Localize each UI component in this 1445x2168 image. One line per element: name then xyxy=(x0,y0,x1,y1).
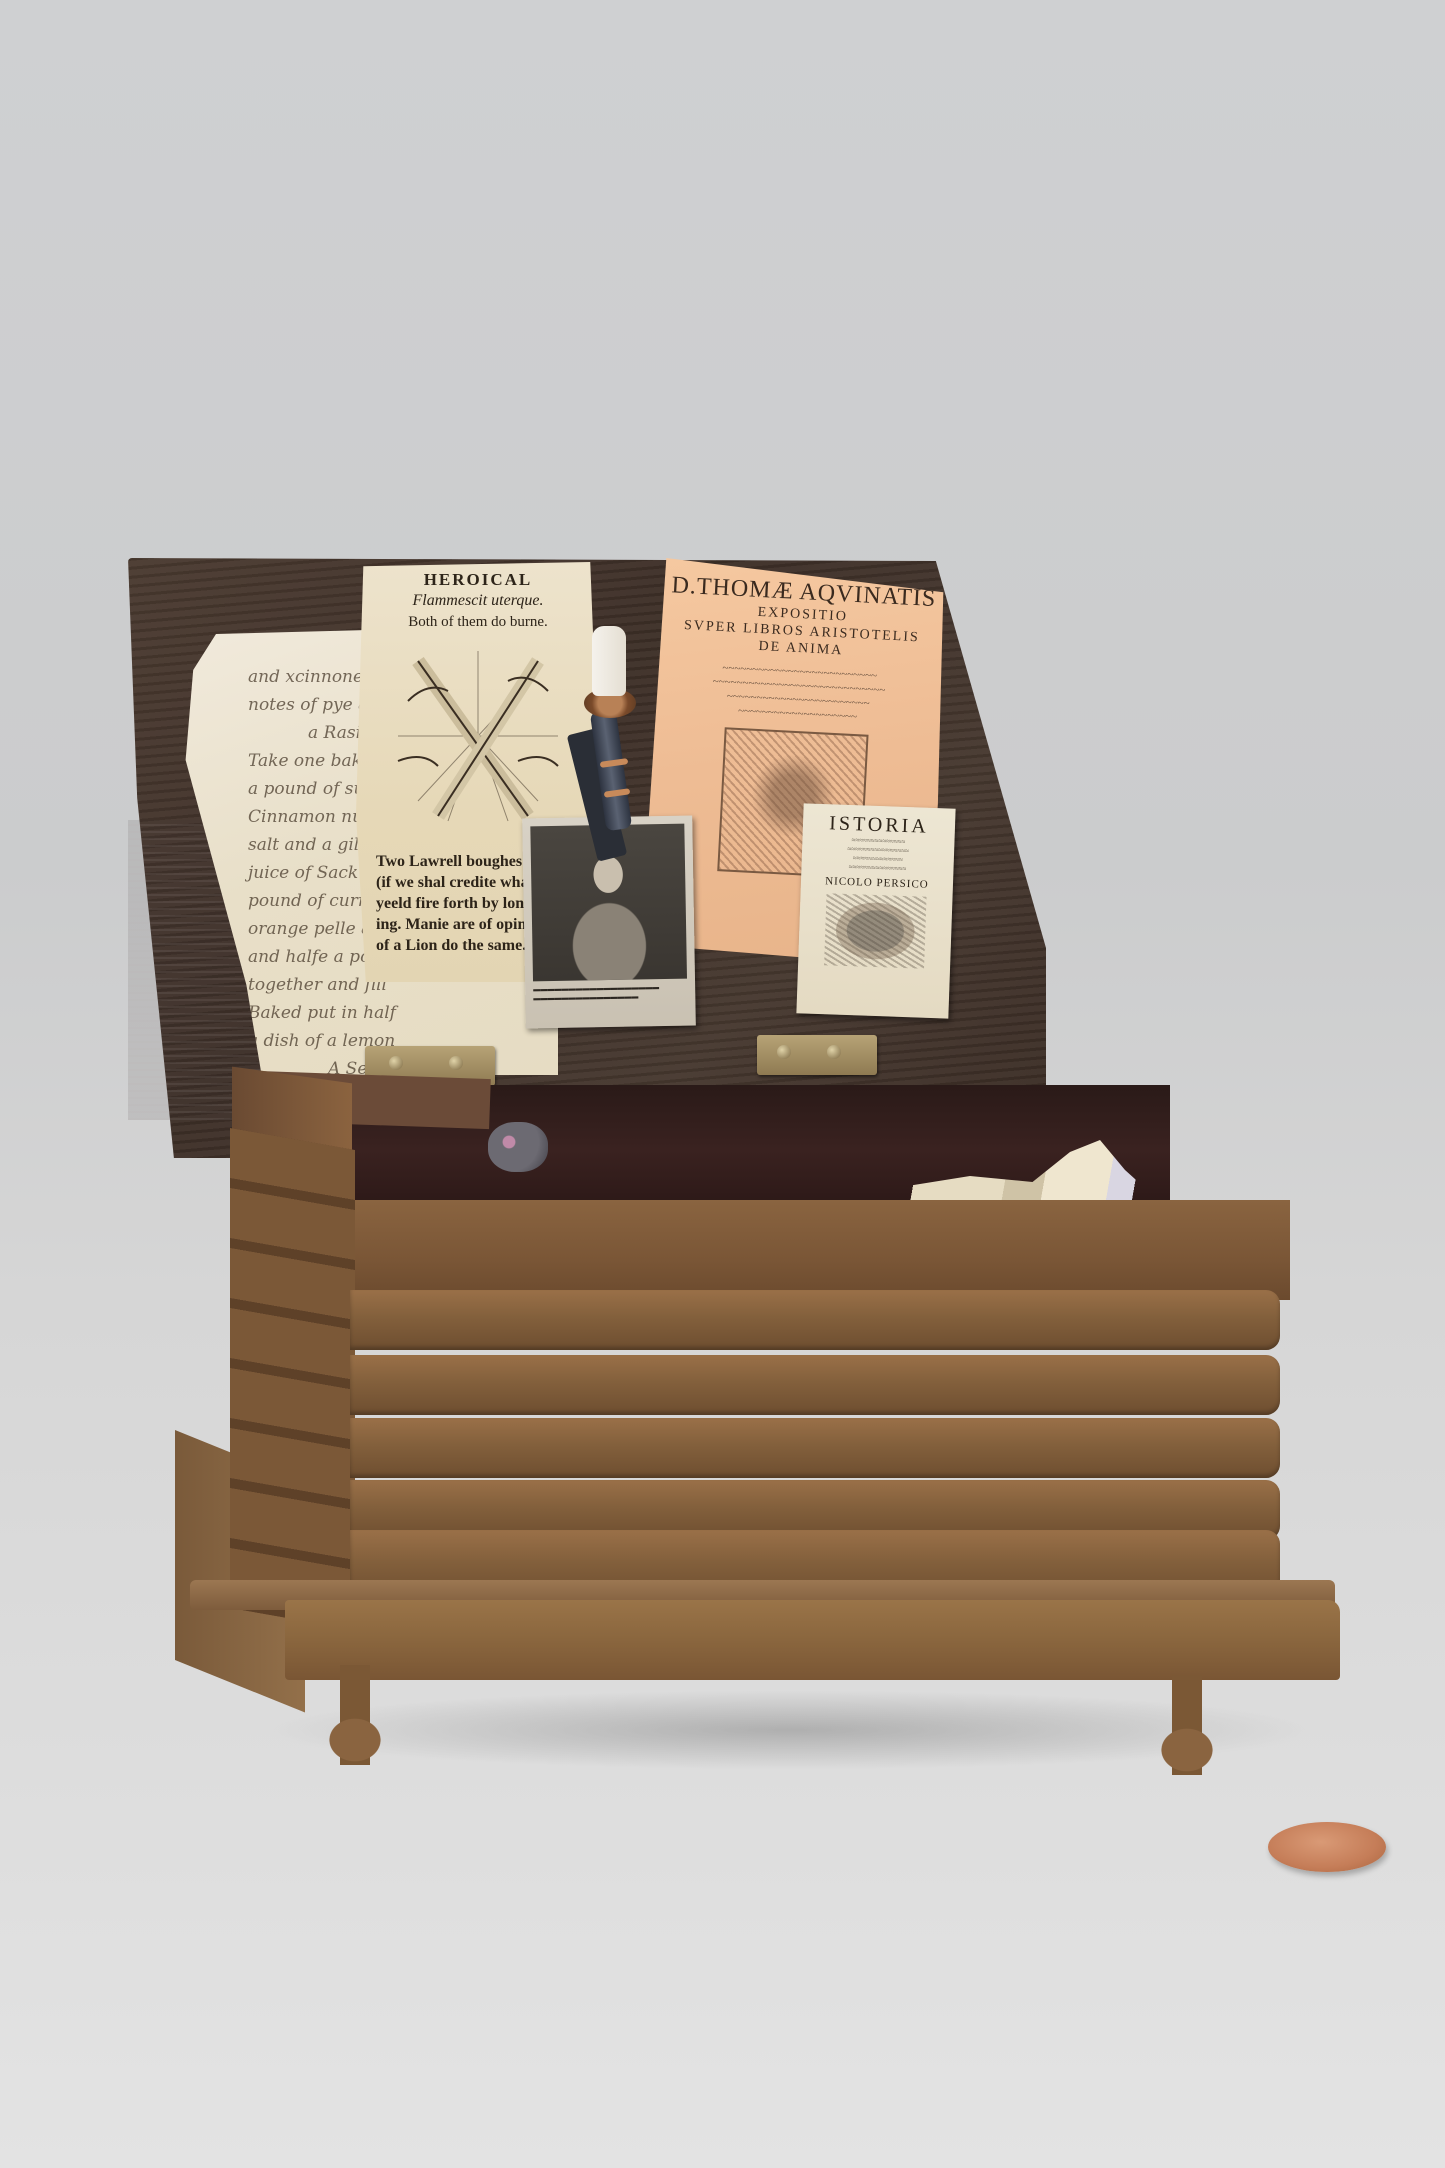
candle-icon xyxy=(592,626,626,696)
penny-coin-icon xyxy=(1268,1822,1386,1872)
box-slat xyxy=(350,1290,1280,1350)
box-front-top-board xyxy=(355,1200,1290,1300)
box-slat xyxy=(350,1418,1280,1478)
aquinas-fine-print: ~~~~~~~~~~~~~~~~~~~~~~~~~~~~~~~~~~~~~~~~… xyxy=(652,658,945,729)
istoria-fine-print: ≈≈≈≈≈≈≈≈≈≈≈≈≈≈≈≈≈≈≈≈≈≈≈≈≈≈≈≈≈≈≈≈≈≈≈≈≈≈≈≈… xyxy=(801,834,954,875)
right-hinge xyxy=(757,1035,877,1075)
box-side-slats xyxy=(230,1128,355,1630)
hinge-screw-icon xyxy=(389,1056,403,1070)
manuscript-line: Baked put in half xyxy=(248,999,558,1027)
heroical-translation: Both of them do burne. xyxy=(356,614,600,631)
laurel-branches-emblem-icon xyxy=(378,641,578,831)
hinge-screw-icon xyxy=(777,1045,791,1059)
heroical-title: HEROICAL xyxy=(356,570,600,590)
box-foot-left xyxy=(318,1665,392,1765)
portrait-caption: ▬▬▬▬▬▬▬▬▬▬▬▬▬▬▬▬▬▬▬▬▬▬▬▬▬▬▬▬▬▬▬▬▬ xyxy=(533,983,687,1004)
box-slat xyxy=(350,1355,1280,1415)
hinge-screw-icon xyxy=(449,1056,463,1070)
hinge-screw-icon xyxy=(827,1045,841,1059)
printer-device-icon xyxy=(824,893,926,968)
mouse-figurine-icon xyxy=(488,1122,548,1172)
box-foot-right xyxy=(1150,1675,1224,1775)
istoria-author: NICOLO PERSICO xyxy=(801,874,953,891)
istoria-title-page: ISTORIA ≈≈≈≈≈≈≈≈≈≈≈≈≈≈≈≈≈≈≈≈≈≈≈≈≈≈≈≈≈≈≈≈… xyxy=(796,803,955,1018)
base-front xyxy=(285,1600,1340,1680)
heroical-motto: Flammescit uterque. xyxy=(356,592,600,610)
